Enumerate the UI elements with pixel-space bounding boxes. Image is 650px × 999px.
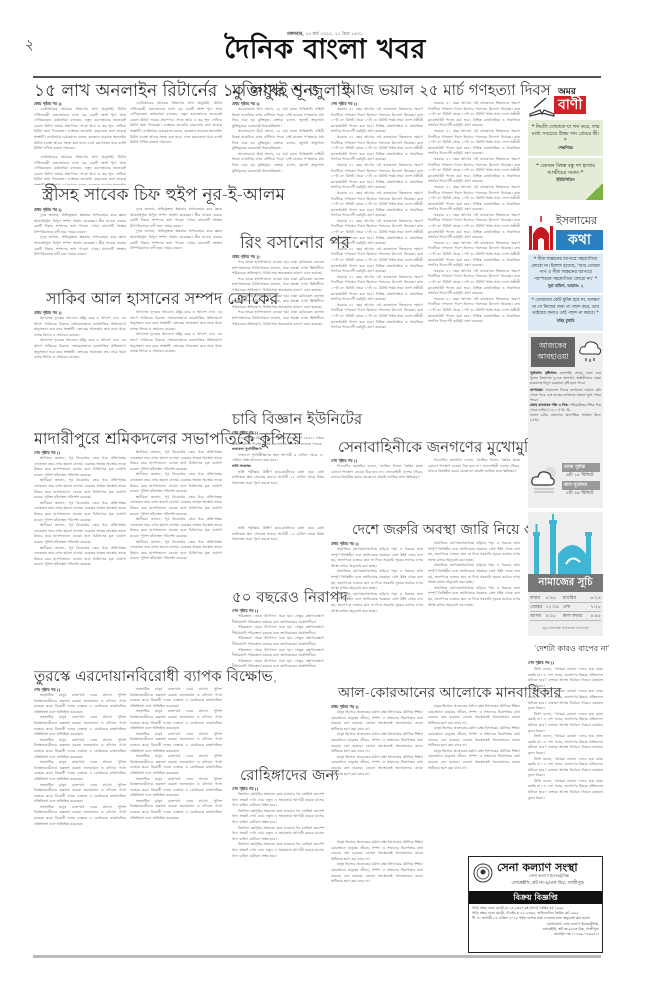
ad-address: এসকেইসি, প্লট নং-৯/এক ডিঃ, গাজীপুর। — [493, 880, 603, 887]
article-body: স্থানীয়রা জানান, পূর্ব বিরোধের জের ধরে … — [34, 456, 126, 666]
prayer-title: নামাজের সূচি — [528, 574, 603, 592]
footer-rule — [33, 955, 601, 958]
prayer-row: আসর৪:২৮কাল ফজর৪:৪৫ — [530, 612, 601, 621]
article-body: দুদক জানায়, অভিযুক্তরা ক্ষমতার অপব্যবহা… — [130, 207, 222, 288]
headline[interactable]: ৫০ বছরেও নিরাপদ — [232, 590, 348, 605]
article-body: স্থানীয়রা জানান, পূর্ব বিরোধের জের ধরে … — [130, 450, 222, 666]
article-body: পরে তাকে হাসপাতালে নেওয়া হয়। ঢাকা মেডি… — [232, 260, 324, 410]
quote: ❝ তোমাদের কেউ মুমিন হবে না, যতক্ষণ না সে… — [531, 298, 600, 318]
amar-bani-box: অমর বাণী ❝ নিয়তি তোমাকে যা দান করে, তার… — [528, 82, 603, 206]
prayer-row: ফজর৪:৪৫মাগরিব৬:২৪ — [530, 594, 601, 603]
headline[interactable]: আজ ভয়াল ২৫ মার্চ গণহত্যা দিবস — [343, 83, 551, 98]
book-pen-icon — [528, 96, 556, 118]
article-body: সরকার ৫১ বছর আগের এই কালরাতে নিহতদের স্ম… — [331, 107, 423, 435]
article-body: বিএনপির মহাসচিব বলেন, 'জাতির বিভেদ তৈরির… — [428, 458, 520, 516]
rain-cloud-icon — [578, 338, 602, 368]
prayer-times-box: নামাজের সূচি ফজর৪:৪৫মাগরিব৬:২৪ জোহর১২:০৯… — [528, 512, 603, 636]
cloud-sun-icon — [530, 465, 558, 495]
weather-box: আজকের আবহাওয়া পূর্বাভাস: বৃষ্টিপাত: রাজ… — [528, 333, 603, 508]
article-body: তিনি বলেন, 'আমরা কোনো দলের হয়ে কাজ করছি… — [528, 667, 603, 837]
headline[interactable]: মাদারীপুরে শ্রমিকদলের সভাপতিকে কুপিয়ে — [34, 431, 302, 447]
masthead-rule — [33, 76, 601, 78]
article-body: বিএনপির মহাসচিব বলেন, 'জাতির বিভেদ তৈরির… — [331, 464, 423, 516]
headline[interactable]: তুরস্কে এরদোয়ানবিরোধী ব্যাপক বিক্ষোভ, — [34, 669, 278, 684]
quote: ❝ সীমা লঙ্ঘনের ব্যাপারে সহযোগিতা কোরো না… — [531, 257, 600, 283]
islamer-kotha-box: ইসলামের কথা ❝ সীমা লঙ্ঘনের ব্যাপারে সহযো… — [528, 210, 603, 332]
amar-bani-logo: অমর বাণী — [528, 82, 603, 120]
article-body: সামাজিক যোগাযোগমাধ্যমে ছড়িয়ে পড়া এ ধর… — [428, 541, 520, 679]
prayer-table: ফজর৪:৪৫মাগরিব৬:২৪ জোহর১২:০৯এশা৭:২৮ আসর৪:… — [530, 594, 601, 621]
article-body: মানুষ হিসেবে প্রত্যেকের মর্যাদা রক্ষা ইস… — [428, 704, 520, 838]
headline[interactable]: সাকিব আল হাসানের সম্পদ ক্রোকের — [46, 291, 278, 307]
emblem-icon — [473, 863, 493, 883]
sunrise-label: কাল সূর্যোদয় — [562, 481, 600, 490]
article-body: পরিকল্পনা থেকে উৎপাদন শুরু হয়। সেতুর রক… — [232, 614, 324, 760]
mosque-minarets-icon — [528, 514, 603, 574]
quote: ❝ নিয়তি তোমাকে যা দান করে, তার মধ্যে সব… — [531, 124, 600, 145]
prayer-row: জোহর১২:০৯এশা৭:২৮ — [530, 603, 601, 612]
prayer-source: সূত্র: ইসলামিক ফাউন্ডেশন বাংলাদেশ — [528, 626, 603, 632]
headline[interactable]: মুক্তিযুদ্ধ ও জুলাই — [232, 83, 350, 100]
article-body: এনবিআরের আয়কর বিভাগের তথ্য অনুযায়ী, রি… — [34, 155, 126, 185]
sunrise-time: ৫টা ৪৯ মিনিটে — [566, 490, 593, 497]
sunset-time: ৬টা ১৫ মিনিটে — [566, 472, 593, 479]
quote-attribution: শেক্সপিয়র — [531, 145, 600, 152]
article-body: আলোচনায় উঠে আসে, ২৫ মার্চ রাতে পাকিস্তা… — [232, 107, 324, 235]
headline[interactable]: স্ত্রীসহ সাবেক চিফ হুইপ নূর-ই-আলম — [42, 187, 285, 204]
article-body: সহস্রাধিক মানুষ রাজপথে নেমে আসে। পুলিশ ব… — [34, 693, 126, 948]
masthead: দৈনিক বাংলা খবর — [0, 38, 650, 62]
article-body: ভর্তি পরীক্ষায় উত্তীর্ণ ছাত্র-ছাত্রীদের… — [232, 526, 324, 586]
article-body: এনবিআরের আয়কর বিভাগের তথ্য অনুযায়ী, রি… — [130, 101, 222, 155]
quote-attribution: সুরা মায়িদা, আয়াত: ২ — [531, 283, 600, 290]
headline[interactable]: দেশে জরুরি অবস্থা জারি নিয়ে গুজব — [352, 523, 557, 537]
article-body: ফল জানতে DU SCI স্পেস রোল নম্বর লিখে ১৬৩… — [232, 436, 324, 526]
continued-label: শেষ পৃষ্ঠার পর )) — [528, 660, 554, 667]
headline[interactable]: চাবি বিজ্ঞান ইউনিটের — [232, 412, 362, 427]
advertisement: সেনা কল্যাণ সংস্থা সেনা কল্যাণ ইলেকট্রনি… — [468, 856, 603, 953]
article-body: দুদক জানায়, অভিযুক্তরা ক্ষমতার অপব্যবহা… — [34, 213, 126, 288]
quote: ❝ একজন বিশ্বস্ত বন্ধু দশ হাজার আত্মীয়ের… — [531, 163, 600, 177]
article-body: সরকার ৫১ বছর আগের এই কালরাতে নিহতদের স্ম… — [428, 101, 520, 435]
article-body: সামাজিক যোগাযোগমাধ্যমে ছড়িয়ে পড়া এ ধর… — [331, 547, 423, 679]
weather-title: আজকের আবহাওয়া — [531, 337, 575, 367]
quote-attribution: ইউরিপিডিস — [531, 177, 600, 184]
article-body: মানুষ হিসেবে প্রত্যেকের মর্যাদা রক্ষা ইস… — [331, 710, 423, 838]
article-body: এনবিআরের আয়কর বিভাগের তথ্য অনুযায়ী, রি… — [34, 107, 126, 155]
page-curl-icon — [585, 184, 603, 200]
article-body: আদালত দুদকের আবেদন মঞ্জুর করে এ আদেশ দেন… — [130, 310, 222, 400]
ad-unit: সেনা কল্যাণ ইলেকট্রনিক্স — [499, 873, 599, 880]
article-body: বিশ্বখাদ্য কর্মসূচির সহায়তা কমে যাওয়ার… — [232, 792, 324, 948]
article-body: মানুষ হিসেবে প্রত্যেকের মর্যাদা রক্ষা ইস… — [331, 840, 423, 948]
article-body: আদালত দুদকের আবেদন মঞ্জুর করে এ আদেশ দেন… — [34, 316, 126, 400]
headline[interactable]: 'দেশটা কারও বাপের না' — [534, 645, 610, 653]
islamer-kotha-logo: ইসলামের কথা — [528, 210, 603, 254]
sunset-label: আজ সূর্যাস্ত — [562, 463, 600, 472]
headline[interactable]: রিং বসানোর পর — [240, 235, 350, 252]
notice-title: বিক্রয় বিজ্ঞপ্তি — [469, 891, 602, 904]
mosque-icon — [528, 212, 554, 252]
article-body: সহস্রাধিক মানুষ রাজপথে নেমে আসে। পুলিশ ব… — [130, 687, 222, 948]
quote-attribution: সহিহ বুখারি — [531, 318, 600, 325]
headline[interactable]: রোহিঙ্গাদের জন্য — [240, 768, 339, 783]
